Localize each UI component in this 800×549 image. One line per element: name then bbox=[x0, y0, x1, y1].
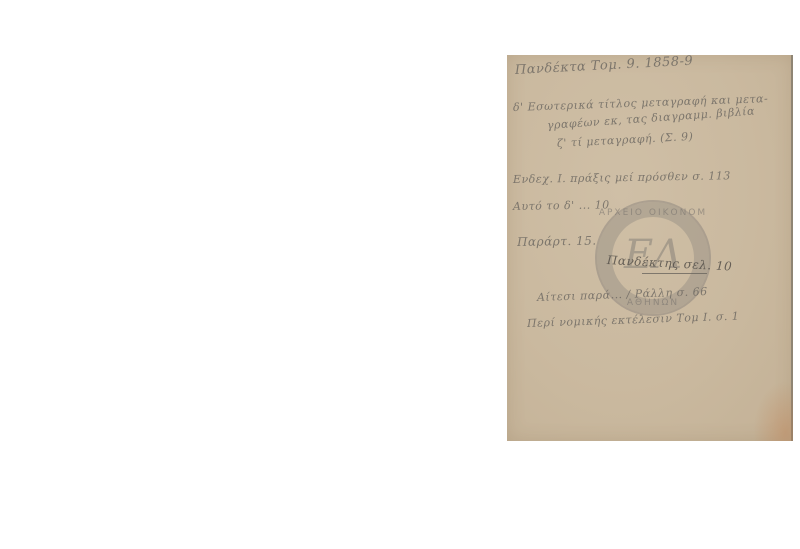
doc-heading: Πανδέκτα Τομ. 9. 1858-9 bbox=[515, 54, 694, 78]
stamp-text-top: ΑΡΧΕΙΟ ΟΙΚΟΝΟΜ bbox=[597, 208, 709, 218]
archival-document-page: Πανδέκτα Τομ. 9. 1858-9 δ' Εσωτερικά τίτ… bbox=[507, 55, 793, 441]
doc-line: Περί νομικής εκτέλεσιν Τομ Ι. σ. 1 bbox=[527, 310, 740, 330]
doc-line: Παράρτ. 15. bbox=[517, 234, 597, 249]
doc-line: ζ' τί μεταγραφή. (Σ. 9) bbox=[557, 130, 694, 150]
underline-rule bbox=[642, 273, 707, 274]
doc-line: Αυτό το δ' ... 10 bbox=[513, 198, 610, 213]
doc-line: Ενδεχ. Ι. πράξις μεί πρόσθεν σ. 113 bbox=[513, 169, 731, 186]
